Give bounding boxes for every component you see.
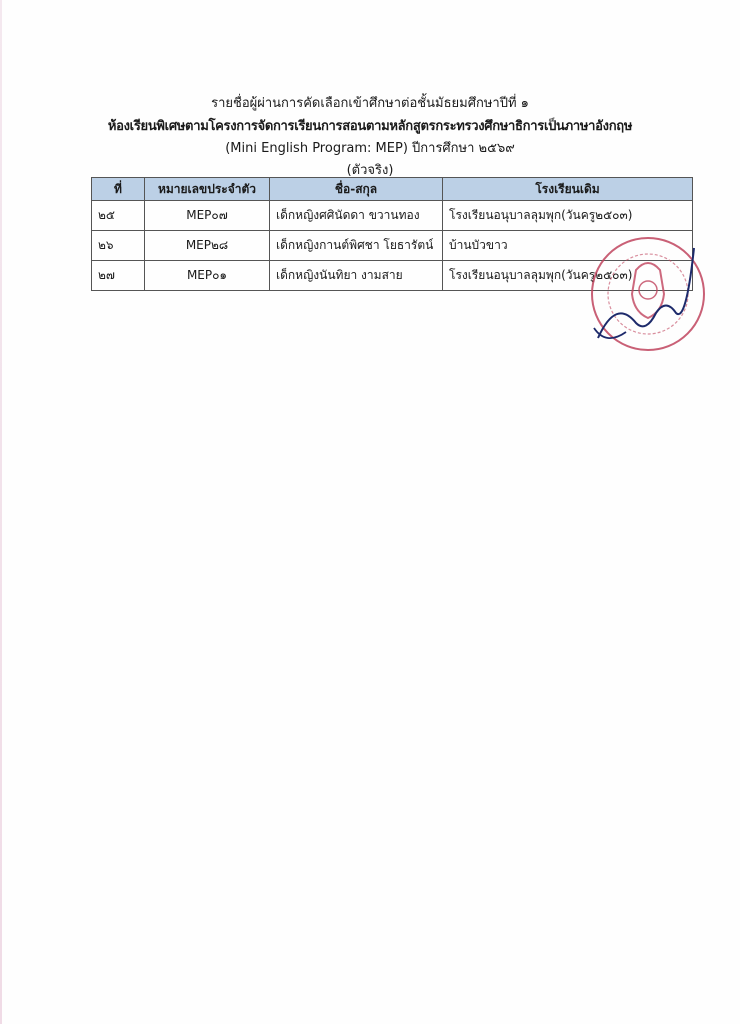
cell-id: MEP๐๗ — [145, 201, 270, 231]
cell-name: เด็กหญิงกานต์พิศชา โยธารัตน์ — [270, 231, 443, 261]
header-name: ชื่อ-สกุล — [270, 178, 443, 201]
header-id: หมายเลขประจำตัว — [145, 178, 270, 201]
title-line-3: (Mini English Program: MEP) ปีการศึกษา ๒… — [0, 137, 740, 158]
header-school: โรงเรียนเดิม — [443, 178, 693, 201]
cell-id: MEP๐๑ — [145, 261, 270, 291]
cell-no: ๒๗ — [92, 261, 145, 291]
cell-no: ๒๖ — [92, 231, 145, 261]
cell-name: เด็กหญิงนันทิยา งามสาย — [270, 261, 443, 291]
cell-school: โรงเรียนอนุบาลลุมพุก(วันครู๒๕๐๓) — [443, 201, 693, 231]
document-page: รายชื่อผู้ผ่านการคัดเลือกเข้าศึกษาต่อชั้… — [0, 0, 740, 1024]
title-line-1: รายชื่อผู้ผ่านการคัดเลือกเข้าศึกษาต่อชั้… — [0, 92, 740, 113]
table-header-row: ที่ หมายเลขประจำตัว ชื่อ-สกุล โรงเรียนเด… — [92, 178, 693, 201]
title-line-2: ห้องเรียนพิเศษตามโครงการจัดการเรียนการสอ… — [0, 115, 740, 136]
table-row: ๒๕ MEP๐๗ เด็กหญิงศศินัดดา ขวานทอง โรงเรี… — [92, 201, 693, 231]
cell-name: เด็กหญิงศศินัดดา ขวานทอง — [270, 201, 443, 231]
header-no: ที่ — [92, 178, 145, 201]
cell-id: MEP๒๘ — [145, 231, 270, 261]
cell-no: ๒๕ — [92, 201, 145, 231]
official-seal-icon — [586, 228, 706, 358]
